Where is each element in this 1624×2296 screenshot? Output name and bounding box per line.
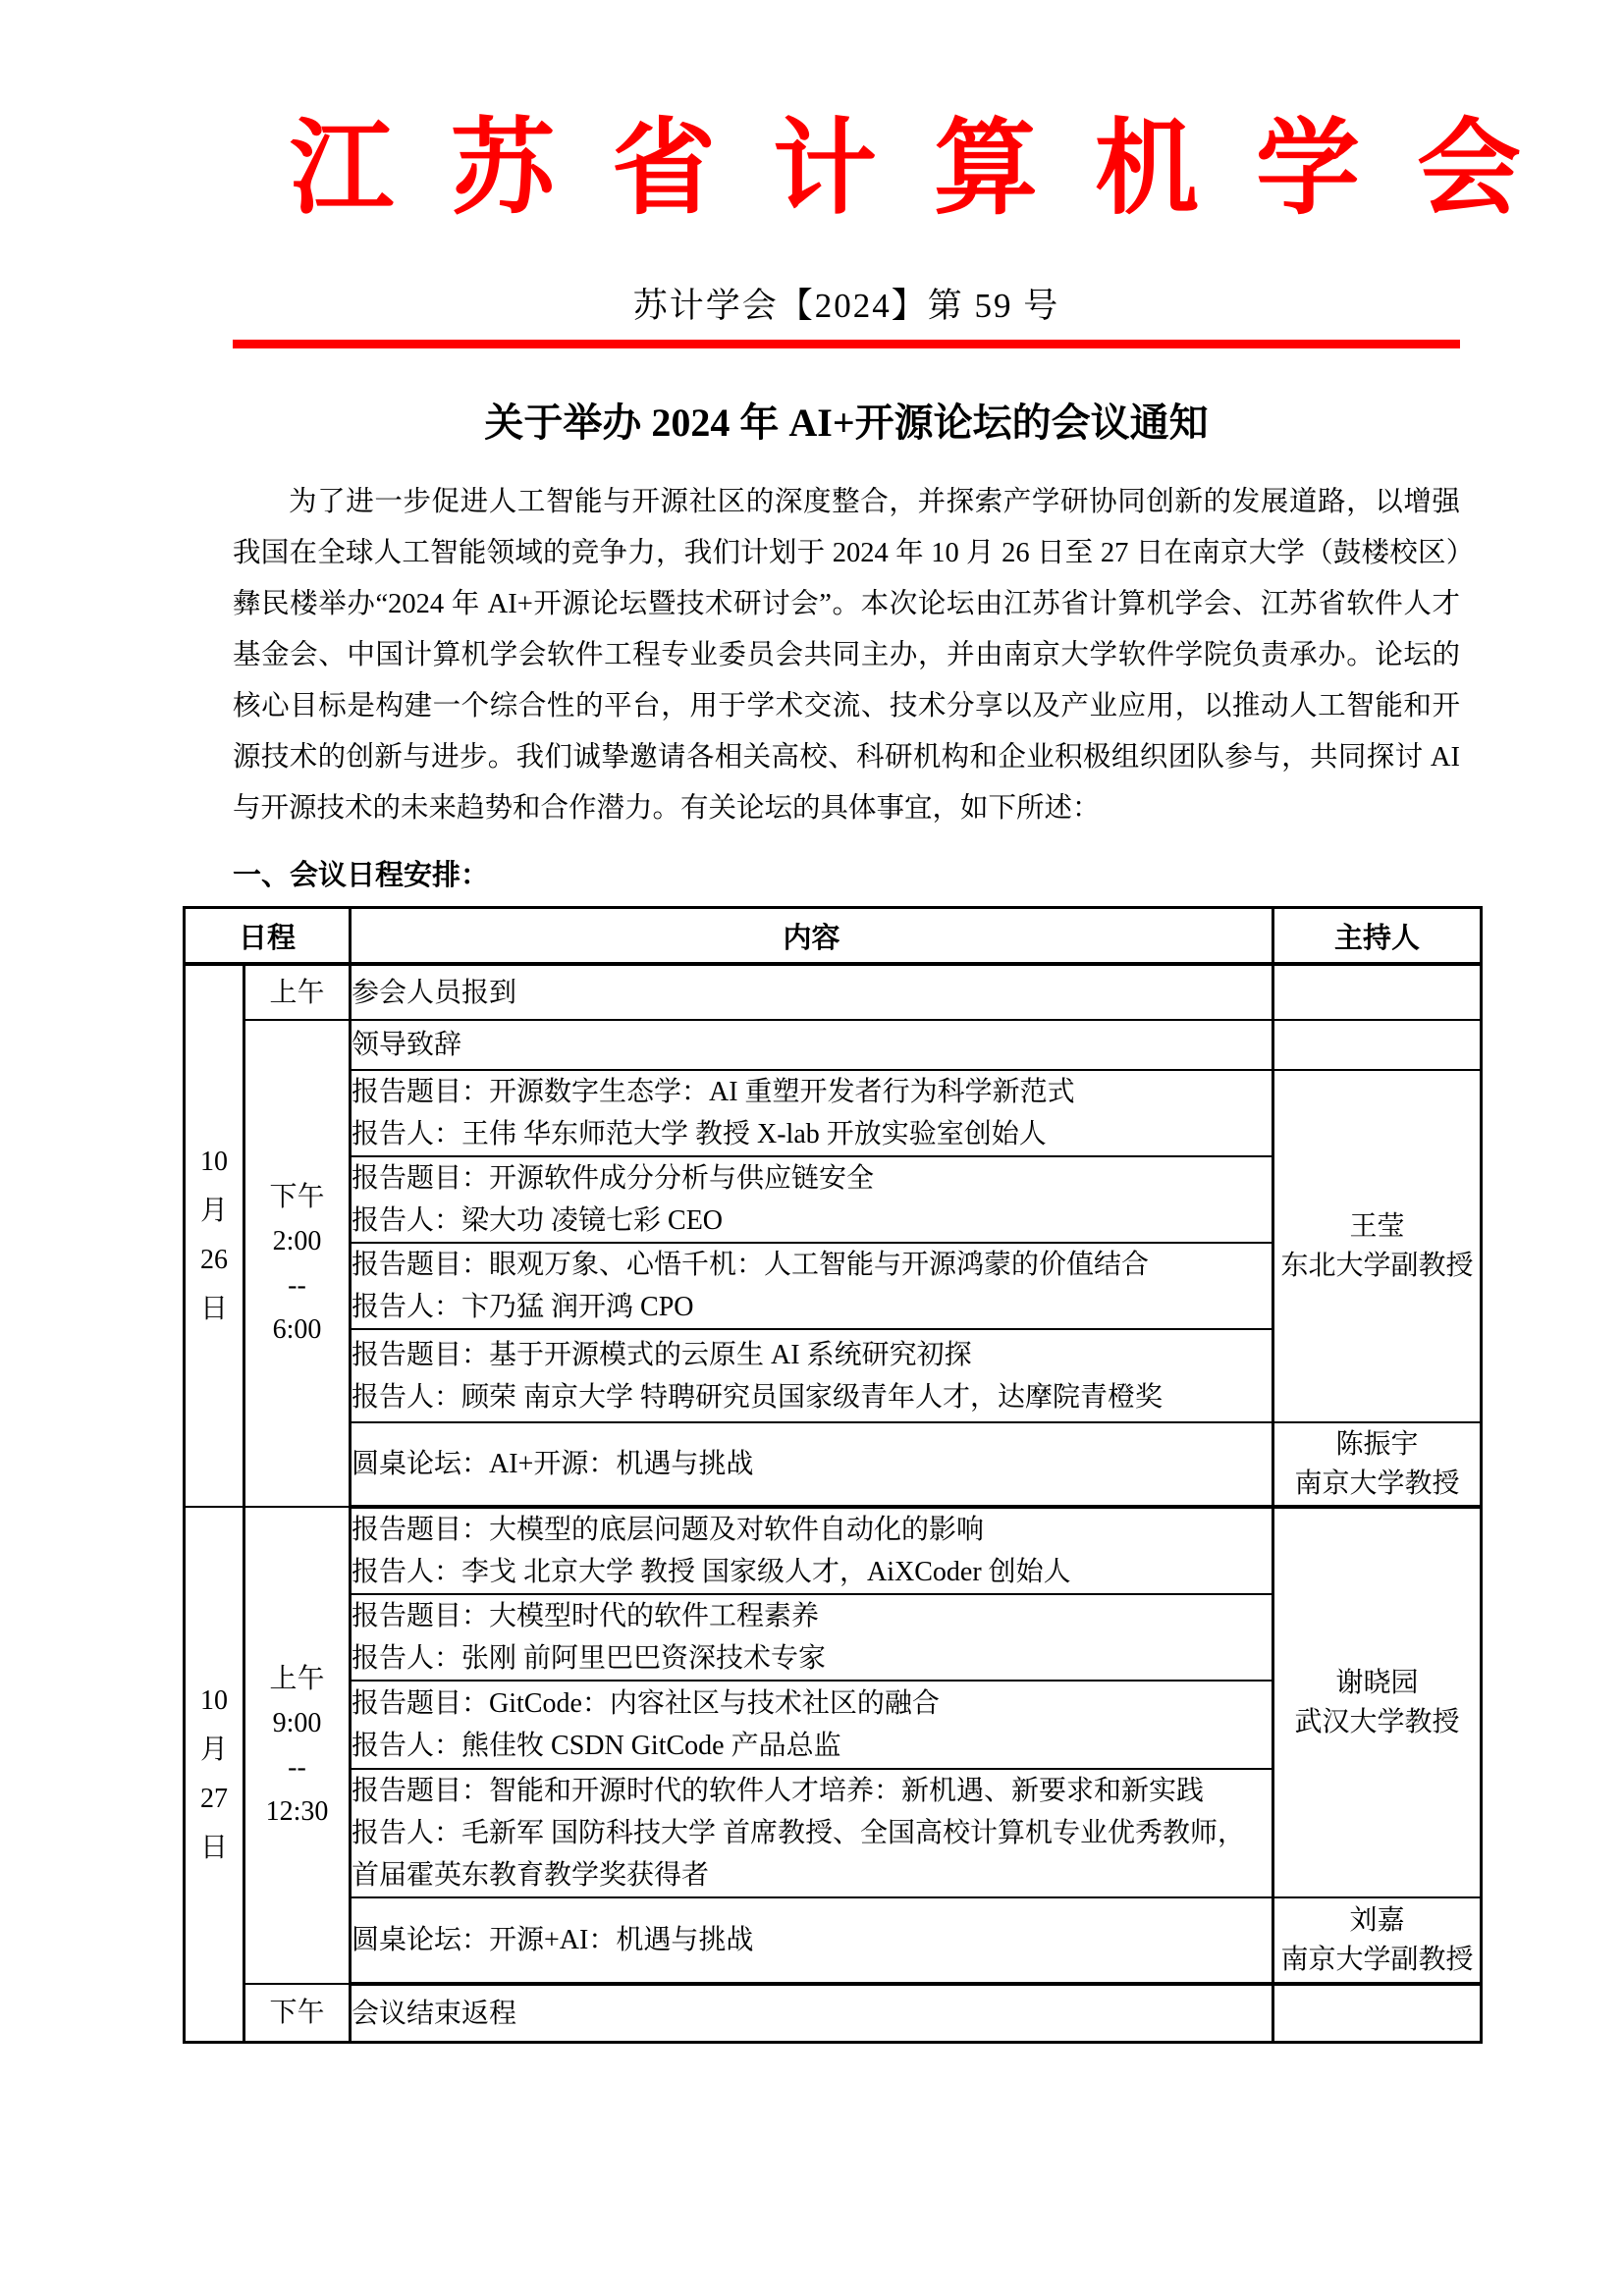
- document-title: 关于举办 2024 年 AI+开源论坛的会议通知: [233, 392, 1460, 448]
- host-cell-empty: [1273, 1020, 1482, 1070]
- table-row: 10 月 26 日 上午 参会人员报到: [185, 964, 1482, 1020]
- content-cell-roundtable-d1: 圆桌论坛：AI+开源：机遇与挑战: [351, 1422, 1273, 1507]
- table-row: 圆桌论坛：AI+开源：机遇与挑战 陈振宇 南京大学教授: [185, 1422, 1482, 1507]
- content-cell-opening: 领导致辞: [351, 1020, 1273, 1070]
- document-page: 江苏省计算机学会 苏计学会【2024】第 59 号 关于举办 2024 年 AI…: [0, 0, 1624, 2296]
- content-cell-registration: 参会人员报到: [351, 964, 1273, 1020]
- intro-paragraph: 为了进一步促进人工智能与开源社区的深度整合，并探索产学研协同创新的发展道路，以增…: [233, 477, 1460, 834]
- time-cell-morning-d1: 上午: [244, 964, 351, 1020]
- host-cell-xiexiaoyuan: 谢晓园 武汉大学教授: [1273, 1507, 1482, 1897]
- date-cell-oct26: 10 月 26 日: [185, 964, 244, 1507]
- table-row: 圆桌论坛：开源+AI：机遇与挑战 刘嘉 南京大学副教授: [185, 1897, 1482, 1984]
- content-cell-roundtable-d2: 圆桌论坛：开源+AI：机遇与挑战: [351, 1897, 1273, 1984]
- org-title: 江苏省计算机学会: [233, 110, 1460, 230]
- content-cell-departure: 会议结束返程: [351, 1984, 1273, 2042]
- content-cell-talk: 报告题目：GitCode：内容社区与技术社区的融合 报告人：熊佳牧 CSDN G…: [351, 1681, 1273, 1769]
- time-cell-afternoon-d1: 下午 2:00 -- 6:00: [244, 1020, 351, 1507]
- section-heading: 一、会议日程安排：: [233, 860, 1460, 892]
- table-header-row: 日程 内容 主持人: [185, 907, 1482, 964]
- content-cell-talk: 报告题目：智能和开源时代的软件人才培养：新机遇、新要求和新实践 报告人：毛新军 …: [351, 1769, 1273, 1897]
- host-cell-empty: [1273, 964, 1482, 1020]
- red-divider-rule: [233, 340, 1460, 348]
- content-cell-talk: 报告题目：大模型的底层问题及对软件自动化的影响 报告人：李戈 北京大学 教授 国…: [351, 1507, 1273, 1594]
- content-column: 江苏省计算机学会 苏计学会【2024】第 59 号 关于举办 2024 年 AI…: [233, 110, 1460, 892]
- col-header-host: 主持人: [1273, 907, 1482, 964]
- time-cell-afternoon-d2: 下午: [244, 1984, 351, 2042]
- content-cell-talk: 报告题目：大模型时代的软件工程素养 报告人：张刚 前阿里巴巴资深技术专家: [351, 1594, 1273, 1681]
- content-cell-talk: 报告题目：开源数字生态学：AI 重塑开发者行为科学新范式 报告人：王伟 华东师范…: [351, 1070, 1273, 1156]
- host-cell-liujia: 刘嘉 南京大学副教授: [1273, 1897, 1482, 1984]
- date-cell-oct27: 10 月 27 日: [185, 1507, 244, 2042]
- schedule-table: 日程 内容 主持人 10 月 26 日 上午 参会人员报到 下午 2:00 --…: [183, 906, 1483, 2044]
- time-cell-morning-d2: 上午 9:00 -- 12:30: [244, 1507, 351, 1984]
- host-cell-wangying: 王莹 东北大学副教授: [1273, 1070, 1482, 1422]
- table-row: 10 月 27 日 上午 9:00 -- 12:30 报告题目：大模型的底层问题…: [185, 1507, 1482, 1594]
- host-cell-chenzhenyu: 陈振宇 南京大学教授: [1273, 1422, 1482, 1507]
- table-row: 下午 会议结束返程: [185, 1984, 1482, 2042]
- content-cell-talk: 报告题目：开源软件成分分析与供应链安全 报告人：梁大功 凌镜七彩 CEO: [351, 1156, 1273, 1243]
- host-cell-empty: [1273, 1984, 1482, 2042]
- table-row: 下午 2:00 -- 6:00 领导致辞: [185, 1020, 1482, 1070]
- content-cell-talk: 报告题目：基于开源模式的云原生 AI 系统研究初探 报告人：顾荣 南京大学 特聘…: [351, 1329, 1273, 1422]
- col-header-content: 内容: [351, 907, 1273, 964]
- table-row: 报告题目：开源数字生态学：AI 重塑开发者行为科学新范式 报告人：王伟 华东师范…: [185, 1070, 1482, 1156]
- col-header-schedule: 日程: [185, 907, 351, 964]
- content-cell-talk: 报告题目：眼观万象、心悟千机：人工智能与开源鸿蒙的价值结合 报告人：卞乃猛 润开…: [351, 1243, 1273, 1329]
- doc-number: 苏计学会【2024】第 59 号: [233, 279, 1460, 328]
